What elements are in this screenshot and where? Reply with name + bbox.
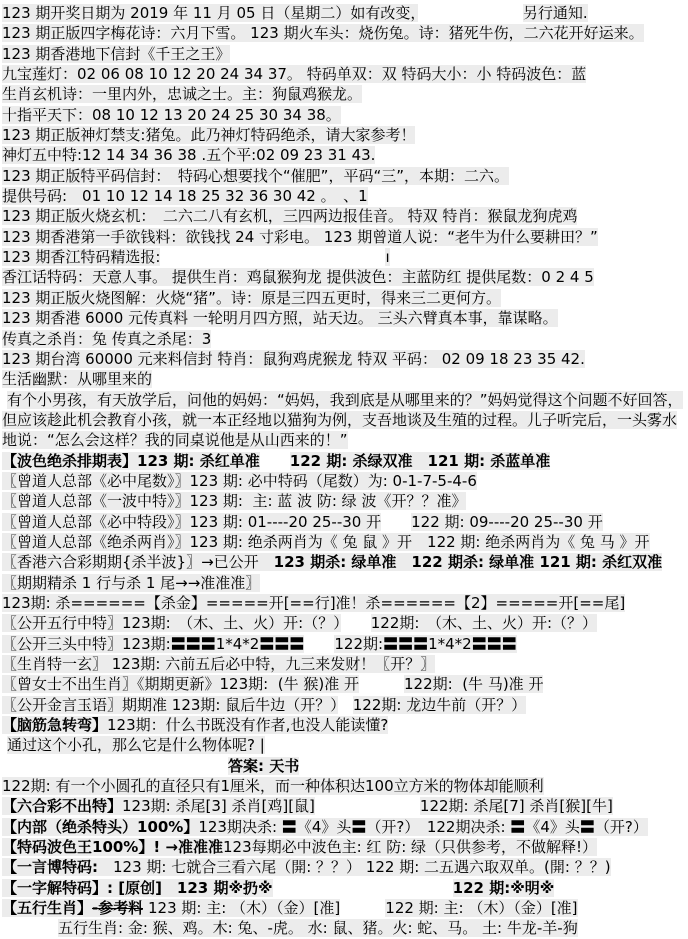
text-segment: 123 期香江特码精选报: (2, 248, 160, 266)
text-line: 【一字解特码】: [原创] 123 期※扔※ 122 期:※明※ (0, 878, 688, 898)
text-segment: （开?） (595, 818, 648, 836)
text-segment: 122期: (牛 马)准 开 (404, 675, 543, 693)
text-line: 【五行生肖】-参考料 123 期: 主: （木）（金）[准] 122 期: 主:… (0, 898, 688, 918)
text-line: 答案: 天书 (0, 756, 688, 776)
text-segment (160, 248, 385, 266)
text-segment: 〖生肖特一玄〗 123期: 六前五后必中特，九三来发财！〖开？〗 (2, 655, 435, 673)
text-segment: 生活幽默：从哪里来的 (2, 370, 152, 388)
text-segment: 【脑筋急转弯】 (2, 716, 107, 734)
text-line: 〖曾道人总部《必中特段》〗123 期: 01----20 25--30 开 12… (0, 512, 688, 532)
text-segment: 123期：什么书既没有作者,也没人能读懂? (107, 716, 388, 734)
text-segment: 122期: 杀尾[7] 杀肖[猴][牛] (420, 797, 613, 815)
text-segment: （开?） 122期决杀: (366, 818, 510, 836)
text-segment: 〖曾女士不出生肖〗《期期更新》123期: (牛 猴)准 开 (2, 675, 359, 693)
text-line: 〖曾道人总部《一波中特》〗123 期: 主: 蓝 波 防: 绿 波《开？？准》 (0, 491, 688, 511)
text-line: 123 期香港第一手欲钱料：欲钱找 24 寸彩电。 123 期曾道人说：“老牛为… (0, 227, 688, 247)
text-segment: 通过这个小孔，那么它是什么物体呢? (7, 736, 255, 754)
text-line: 【六合彩不出特】123期: 杀尾[3] 杀肖[鸡][鼠] 122期: 杀尾[7]… (0, 796, 688, 816)
text-segment: 122 期: 主: （木）（金）[准] (385, 899, 577, 917)
text-line: 提供号码: 01 10 12 14 18 25 32 36 30 42 。 、1 (0, 186, 688, 206)
text-segment: 〖曾道人总部《一波中特》〗123 期: 主: 蓝 波 防: 绿 波《开？？准》 (2, 492, 466, 510)
text-segment: 123 期香港地下信封《千王之王》 (2, 45, 230, 63)
text-segment: 〓 (351, 818, 366, 836)
text-line: 123期: 杀======【杀金】=====开[==行]准！杀======【2】… (0, 593, 688, 613)
text-segment: 香江话特码：天意人事。 提供生肖：鸡鼠猴狗龙 提供波色：主蓝防红 提供尾数：0 … (2, 268, 594, 286)
text-segment: 122 期: 杀绿双准 121 期: 杀蓝单准 (290, 452, 551, 470)
text-segment (359, 675, 404, 693)
text-segment (273, 879, 453, 897)
text-segment: 123每期必中波色主: 红 防: 绿（只供参考，不做解释!） (223, 838, 597, 856)
text-line: 123 期正版火烧图解：火烧“猪”。诗：原是三四五更时，得来三二更何方。 (0, 288, 688, 308)
text-line: 123 期正版特平码信封： 特码心想要找个“催肥”，平码“三”，本期：二六。 (0, 166, 688, 186)
text-segment: 【六合彩不出特】 (2, 797, 122, 815)
text-segment: 123 期: 主: （木）（金）[准] (143, 899, 340, 917)
text-segment: 122期: （木、土、火）开:（？） (371, 614, 597, 632)
text-segment: 十指平天下：08 10 12 13 20 24 25 30 34 38。 (2, 106, 341, 124)
text-segment (381, 513, 411, 531)
text-segment: 【特码波色王100%】! →准准准 (2, 838, 223, 856)
text-line: 〖曾道人总部《必中尾数》〗123 期: 必中特码（尾数）为: 0-1-7-5-4… (0, 471, 688, 491)
text-segment: 122期: 龙边牛前（开？） (353, 696, 526, 714)
text-segment: 生肖玄机诗：一里内外，忠诚之士。主：狗鼠鸡猴龙。 (2, 85, 362, 103)
text-line: 通过这个小孔，那么它是什么物体呢? | (0, 735, 688, 755)
text-segment: 〓〓〓 (259, 635, 304, 653)
text-segment: 122期: (334, 635, 383, 653)
text-segment: 123期: 杀尾[3] 杀肖[鸡][鼠] (122, 797, 315, 815)
text-segment: 123 期香港第一手欲钱料：欲钱找 24 寸彩电。 123 期曾道人说：“老牛为… (2, 228, 598, 246)
text-segment: 〖曾道人总部《绝杀两肖》〗123 期: 绝杀两肖为《 兔 鼠 》开 122 期:… (2, 533, 650, 551)
text-line: 【一言博特码: 123 期: 七就合三看六尾（開: ？？） 122 期: 二五遇… (0, 857, 688, 877)
text-line: 但应该趁此机会教育小孩，就一本正经地以猫狗为例，支吾地谈及生殖的过程。儿子听完后… (0, 410, 688, 430)
text-segment (260, 452, 290, 470)
text-segment (341, 614, 371, 632)
cursor-artifact: | (255, 736, 265, 754)
text-segment: 123 期正版四字梅花诗：六月下雪。 123 期火车头：烧伤兔。诗：猪死牛伤，二… (2, 24, 644, 42)
text-segment: 123期决杀: (198, 818, 281, 836)
text-segment (315, 797, 420, 815)
text-segment: 123 期开奖日期为 2019 年 11 月 05 日（星期二）如有改变， (2, 4, 418, 22)
text-line: 十指平天下：08 10 12 13 20 24 25 30 34 38。 (0, 105, 688, 125)
text-line: 122期: 有一个小圆孔的直径只有1厘米，而一种体积达100立方米的物体却能顺利 (0, 776, 688, 796)
text-segment: 答案: 天书 (228, 757, 299, 775)
text-segment: 提供号码: 01 10 12 14 18 25 32 36 30 42 。 、1 (2, 187, 368, 205)
text-segment: 123 期正版火烧图解：火烧“猪”。诗：原是三四五更时，得来三二更何方。 (2, 289, 501, 307)
text-segment: 123 期杀: 绿单准 122 期杀: 绿单准 121 期: 杀红双准 (274, 553, 663, 571)
text-line: 九宝莲灯：02 06 08 10 12 20 24 34 37。 特码单双：双 … (0, 64, 688, 84)
text-line: 〖公开五行中特〗123期: （木、土、火）开:（？） 122期: （木、土、火）… (0, 613, 688, 633)
text-line: 【波色绝杀排期表】123 期: 杀红单准 122 期: 杀绿双准 121 期: … (0, 451, 688, 471)
text-segment: 地说：“怎么会这样？我的同桌说他是从山西来的！” (2, 431, 348, 449)
text-segment: 但应该趁此机会教育小孩，就一本正经地以猫狗为例，支吾地谈及生殖的过程。儿子听完后… (2, 411, 677, 429)
text-line: 传真之杀肖：兔 传真之杀尾：3 (0, 329, 688, 349)
text-line: 地说：“怎么会这样？我的同桌说他是从山西来的！” (0, 430, 688, 450)
text-segment: 〓〓〓 (472, 635, 517, 653)
text-segment: 五行生肖: 金: 猴、鸡。木: 兔、-虎。 水: 鼠、猪。火: 蛇、马。 土: … (58, 919, 578, 937)
text-line: 香江话特码：天意人事。 提供生肖：鸡鼠猴狗龙 提供波色：主蓝防红 提供尾数：0 … (0, 267, 688, 287)
text-segment: 【波色绝杀排期表】123 期: 杀红单准 (2, 452, 260, 470)
text-line: 【内部（绝杀特头）100%】123期决杀: 〓《4》头〓（开?） 122期决杀:… (0, 817, 688, 837)
text-segment: 122 期: 09----20 25--30 开 (411, 513, 603, 531)
text-segment (304, 635, 334, 653)
text-segment: 〓 (580, 818, 595, 836)
text-line: 〖曾道人总部《绝杀两肖》〗123 期: 绝杀两肖为《 兔 鼠 》开 122 期:… (0, 532, 688, 552)
text-segment: 【内部（绝杀特头）100%】 (2, 818, 198, 836)
text-line: 〖公开金言玉语〗期期准 123期: 鼠后牛边（开？） 122期: 龙边牛前（开？… (0, 695, 688, 715)
text-line: 123 期香港地下信封《千王之王》 (0, 44, 688, 64)
text-segment: 〖公开金言玉语〗期期准 123期: 鼠后牛边（开？） (2, 696, 338, 714)
text-segment: 123 期正版火烧玄机： 二六二八有玄机，三四两边报佳音。 特双 特肖：猴鼠龙狗… (2, 207, 577, 225)
text-segment: 九宝莲灯：02 06 08 10 12 20 24 34 37。 特码单双：双 … (2, 65, 586, 83)
text-segment: 122期: 有一个小圆孔的直径只有1厘米，而一种体积达100立方米的物体却能顺利 (2, 777, 544, 795)
text-segment: 【五行生肖】 (2, 899, 92, 917)
text-segment: 122 期:※明※ (453, 879, 555, 897)
text-segment: 另行通知. (523, 4, 588, 22)
text-segment: 〖期期精杀 1 行与杀 1 尾→→准准准〗 (2, 574, 260, 592)
text-segment: 123 期香港 6000 元传真料 一轮明月四方照，站天边。 三头六臂真本事，靠… (2, 309, 558, 327)
text-line: 有个小男孩，有天放学后，问他的妈妈：“妈妈，我到底是从哪里来的？”妈妈觉得这个问… (0, 390, 688, 410)
text-line: 神灯五中特:12 14 34 36 38 .五个平:02 09 23 31 43… (0, 145, 688, 165)
text-line: 123 期香江特码精选报: ı (0, 247, 688, 267)
text-line: 【特码波色王100%】! →准准准123每期必中波色主: 红 防: 绿（只供参考… (0, 837, 688, 857)
text-line: 生肖玄机诗：一里内外，忠诚之士。主：狗鼠鸡猴龙。 (0, 84, 688, 104)
text-line: 〖期期精杀 1 行与杀 1 尾→→准准准〗 (0, 573, 688, 593)
text-segment: 123 期正版神灯禁支:猪兔。此乃神灯特码绝杀，请大家参考！ (2, 126, 415, 144)
text-segment (340, 899, 385, 917)
text-line: 123 期台湾 60000 元来料信封 特肖：鼠狗鸡虎猴龙 特双 平码： 02 … (0, 349, 688, 369)
text-segment: 【一字解特码】: [原创] 123 期※扔※ (2, 879, 273, 897)
text-line: 123 期正版火烧玄机： 二六二八有玄机，三四两边报佳音。 特双 特肖：猴鼠龙狗… (0, 206, 688, 226)
text-segment: -参考料 (92, 899, 143, 917)
text-segment: 《4》头 (525, 818, 580, 836)
text-segment: 123 期正版特平码信封： 特码心想要找个“催肥”，平码“三”，本期：二六。 (2, 167, 509, 185)
text-segment: 123 期台湾 60000 元来料信封 特肖：鼠狗鸡虎猴龙 特双 平码： 02 … (2, 350, 585, 368)
text-segment: 〓 (510, 818, 525, 836)
text-segment (418, 4, 523, 22)
text-line: 123 期香港 6000 元传真料 一轮明月四方照，站天边。 三头六臂真本事，靠… (0, 308, 688, 328)
text-segment: 传真之杀肖：兔 传真之杀尾：3 (2, 330, 211, 348)
text-segment: 〓〓〓 (383, 635, 428, 653)
text-line: 〖香港六合彩期期{杀半波}〗→已公开 123 期杀: 绿单准 122 期杀: 绿… (0, 552, 688, 572)
text-segment: 123期: 杀======【杀金】=====开[==行]准！杀======【2】… (2, 594, 625, 612)
text-line: 〖公开三头中特〗123期:〓〓〓1*4*2〓〓〓 122期:〓〓〓1*4*2〓〓… (0, 634, 688, 654)
text-line: 123 期正版四字梅花诗：六月下雪。 123 期火车头：烧伤兔。诗：猪死牛伤，二… (0, 23, 688, 43)
cursor-artifact: ı (385, 248, 389, 266)
text-segment: 〖公开五行中特〗123期: （木、土、火）开:（？） (2, 614, 341, 632)
text-segment: 1*4*2 (216, 635, 260, 653)
text-segment: 〓〓〓 (171, 635, 216, 653)
text-segment: 〖香港六合彩期期{杀半波}〗→已公开 (2, 553, 274, 571)
text-line: 五行生肖: 金: 猴、鸡。木: 兔、-虎。 水: 鼠、猪。火: 蛇、马。 土: … (0, 918, 688, 938)
text-segment: 有个小男孩，有天放学后，问他的妈妈：“妈妈，我到底是从哪里来的？”妈妈觉得这个问… (7, 391, 683, 409)
text-segment: 《4》头 (297, 818, 352, 836)
text-segment: 【一言博特码: (2, 858, 113, 876)
text-segment: 〖曾道人总部《必中特段》〗123 期: 01----20 25--30 开 (2, 513, 381, 531)
text-segment: 〖曾道人总部《必中尾数》〗123 期: 必中特码（尾数）为: 0-1-7-5-4… (2, 472, 477, 490)
text-segment (338, 696, 353, 714)
text-segment: 1*4*2 (428, 635, 472, 653)
text-segment: 〖公开三头中特〗123期: (2, 635, 171, 653)
text-line: 123 期正版神灯禁支:猪兔。此乃神灯特码绝杀，请大家参考！ (0, 125, 688, 145)
text-line: 【脑筋急转弯】123期：什么书既没有作者,也没人能读懂? (0, 715, 688, 735)
text-line: 123 期开奖日期为 2019 年 11 月 05 日（星期二）如有改变， 另行… (0, 3, 688, 23)
text-segment: 神灯五中特:12 14 34 36 38 .五个平:02 09 23 31 43… (2, 146, 375, 164)
text-line: 生活幽默：从哪里来的 (0, 369, 688, 389)
text-line: 〖生肖特一玄〗 123期: 六前五后必中特，九三来发财！〖开？〗 (0, 654, 688, 674)
text-segment: 〓 (282, 818, 297, 836)
text-segment: 123 期: 七就合三看六尾（開: ？？） 122 期: 二五遇六取双单。(開:… (113, 858, 611, 876)
text-line: 〖曾女士不出生肖〗《期期更新》123期: (牛 猴)准 开 122期: (牛 马… (0, 674, 688, 694)
lottery-tips-document: 123 期开奖日期为 2019 年 11 月 05 日（星期二）如有改变， 另行… (0, 0, 688, 939)
